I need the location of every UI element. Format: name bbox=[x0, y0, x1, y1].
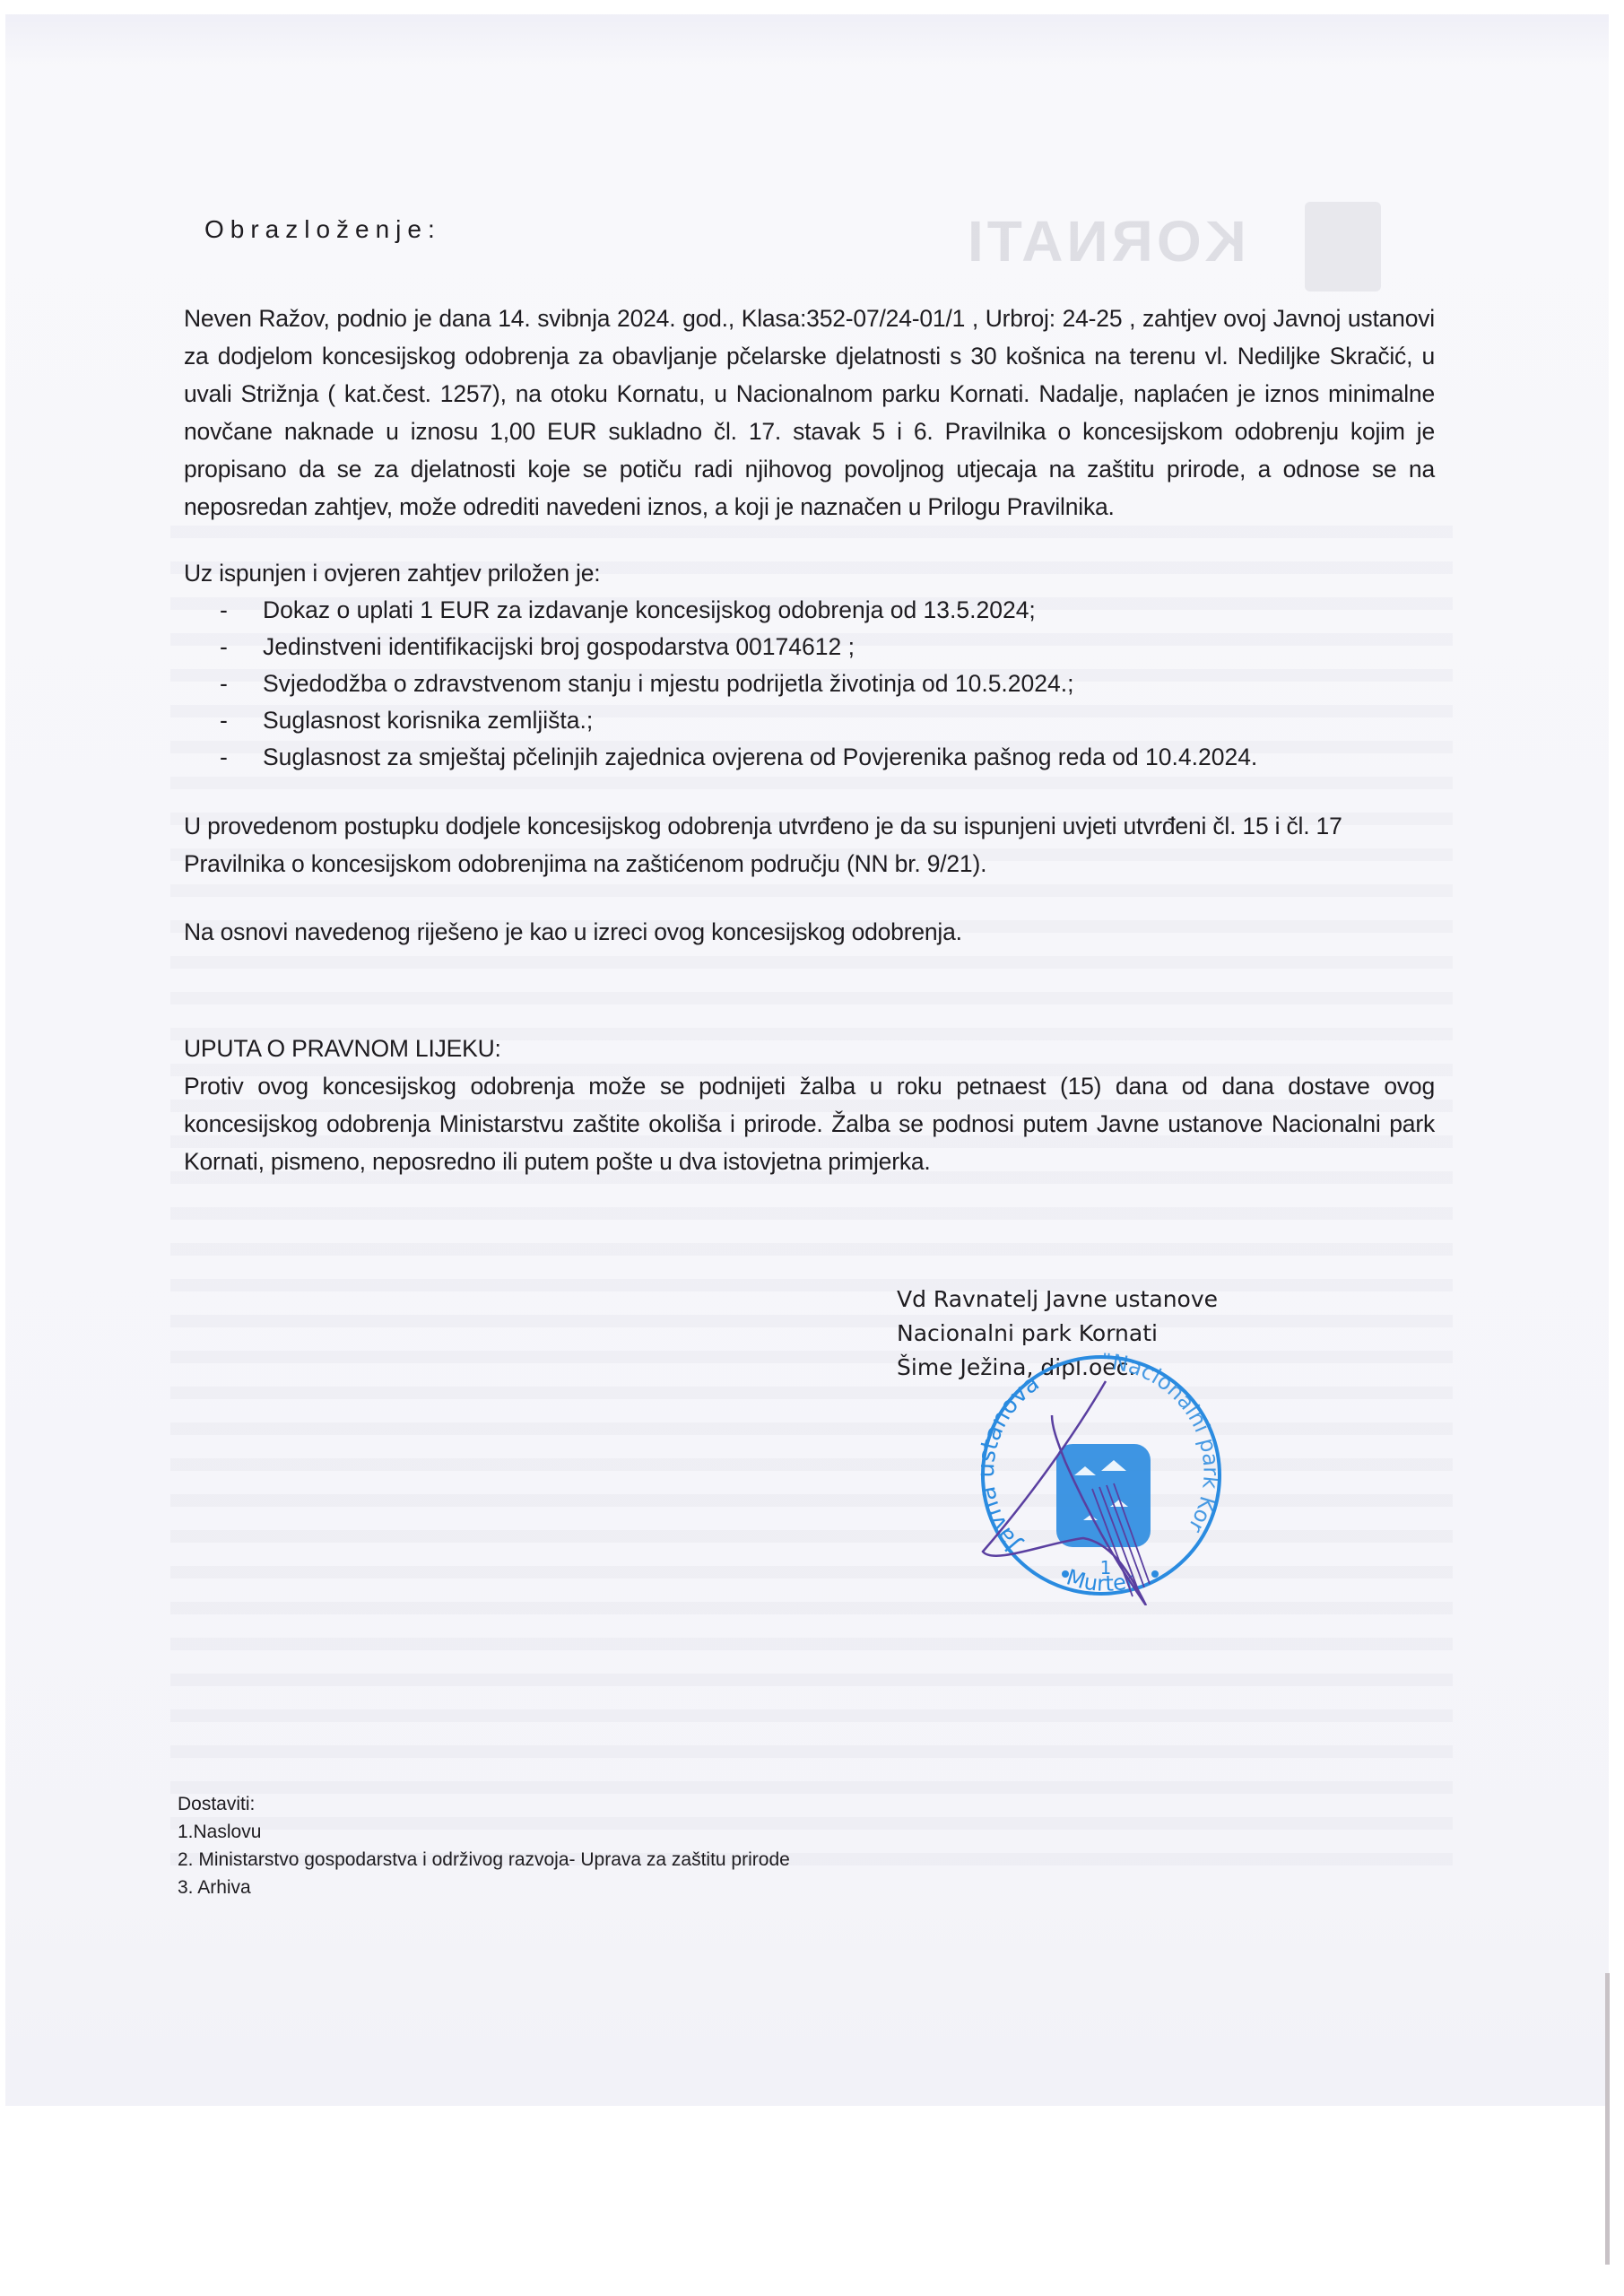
delivery-item: 3. Arhiva bbox=[178, 1874, 790, 1901]
attachment-item: -Svjedodžba o zdravstvenom stanju i mjes… bbox=[220, 665, 1257, 702]
official-stamp-icon: Javna ustanova "Nacionalni park Kornati"… bbox=[967, 1336, 1236, 1605]
legal-remedy-title: UPUTA O PRAVNOM LIJEKU: bbox=[184, 1030, 501, 1067]
attachment-item: - Jedinstveni identifikacijski broj gosp… bbox=[220, 629, 1257, 665]
bullet-dash: - bbox=[220, 739, 228, 776]
show-through-logo-icon bbox=[1305, 202, 1381, 291]
section-heading: Obrazloženje: bbox=[204, 215, 441, 244]
signatory-title: Vd Ravnatelj Javne ustanove bbox=[897, 1283, 1218, 1317]
attachment-item: -Dokaz o uplati 1 EUR za izdavanje konce… bbox=[220, 592, 1257, 629]
findings-paragraph: U provedenom postupku dodjele koncesijsk… bbox=[184, 807, 1435, 883]
bullet-dash: - bbox=[220, 592, 228, 629]
delivery-item: 1.Naslovu bbox=[178, 1818, 790, 1846]
svg-text:Javna ustanova: Javna ustanova bbox=[973, 1370, 1045, 1557]
bullet-dash: - bbox=[220, 665, 228, 702]
delivery-title: Dostaviti: bbox=[178, 1790, 790, 1818]
attachments-intro: Uz ispunjen i ovjeren zahtjev priložen j… bbox=[184, 554, 600, 592]
scan-edge bbox=[1605, 1973, 1610, 2265]
legal-remedy-body: Protiv ovog koncesijskog odobrenja može … bbox=[184, 1067, 1435, 1180]
delivery-list: Dostaviti: 1.Naslovu 2. Ministarstvo gos… bbox=[178, 1790, 790, 1901]
attachment-item: -Suglasnost za smještaj pčelinjih zajedn… bbox=[220, 739, 1257, 776]
attachments-list: -Dokaz o uplati 1 EUR za izdavanje konce… bbox=[220, 592, 1257, 776]
conclusion-paragraph: Na osnovi navedenog riješeno je kao u iz… bbox=[184, 913, 962, 951]
explanation-paragraph: Neven Ražov, podnio je dana 14. svibnja … bbox=[184, 300, 1435, 526]
bullet-dash: - bbox=[220, 629, 228, 665]
bullet-dash: - bbox=[220, 702, 228, 739]
delivery-item: 2. Ministarstvo gospodarstva i održivog … bbox=[178, 1846, 790, 1874]
attachment-item: -Suglasnost korisnika zemljišta.; bbox=[220, 702, 1257, 739]
